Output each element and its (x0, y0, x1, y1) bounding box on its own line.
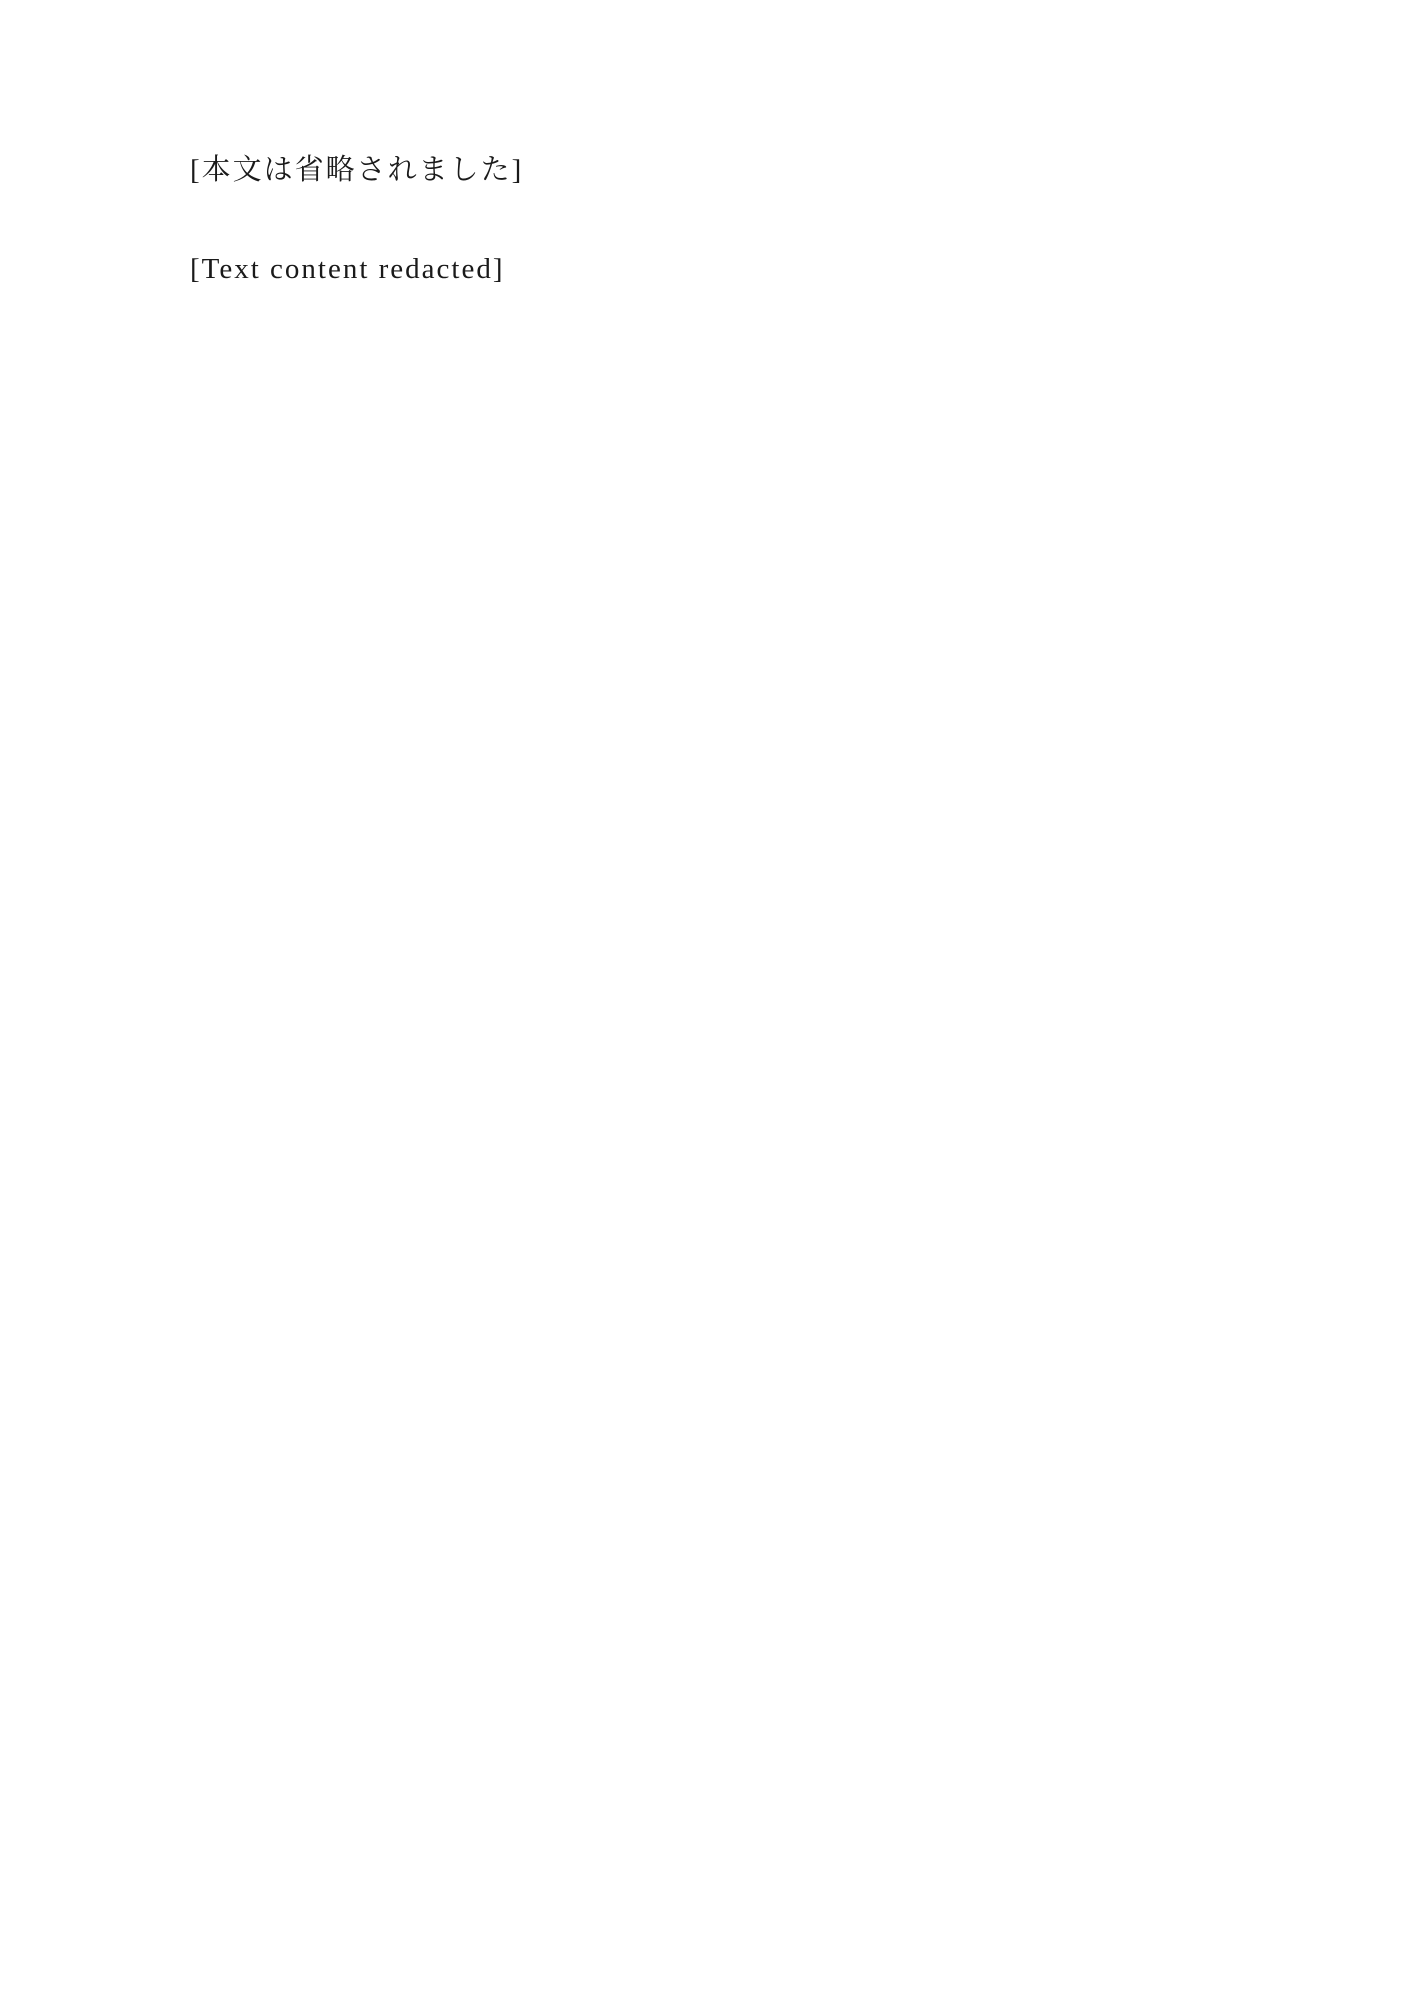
document-page: [本文は省略されました] [Text content redacted] (0, 0, 1415, 2000)
paragraph: [Text content redacted] (190, 239, 1225, 300)
paragraph: [本文は省略されました] (190, 140, 1225, 201)
